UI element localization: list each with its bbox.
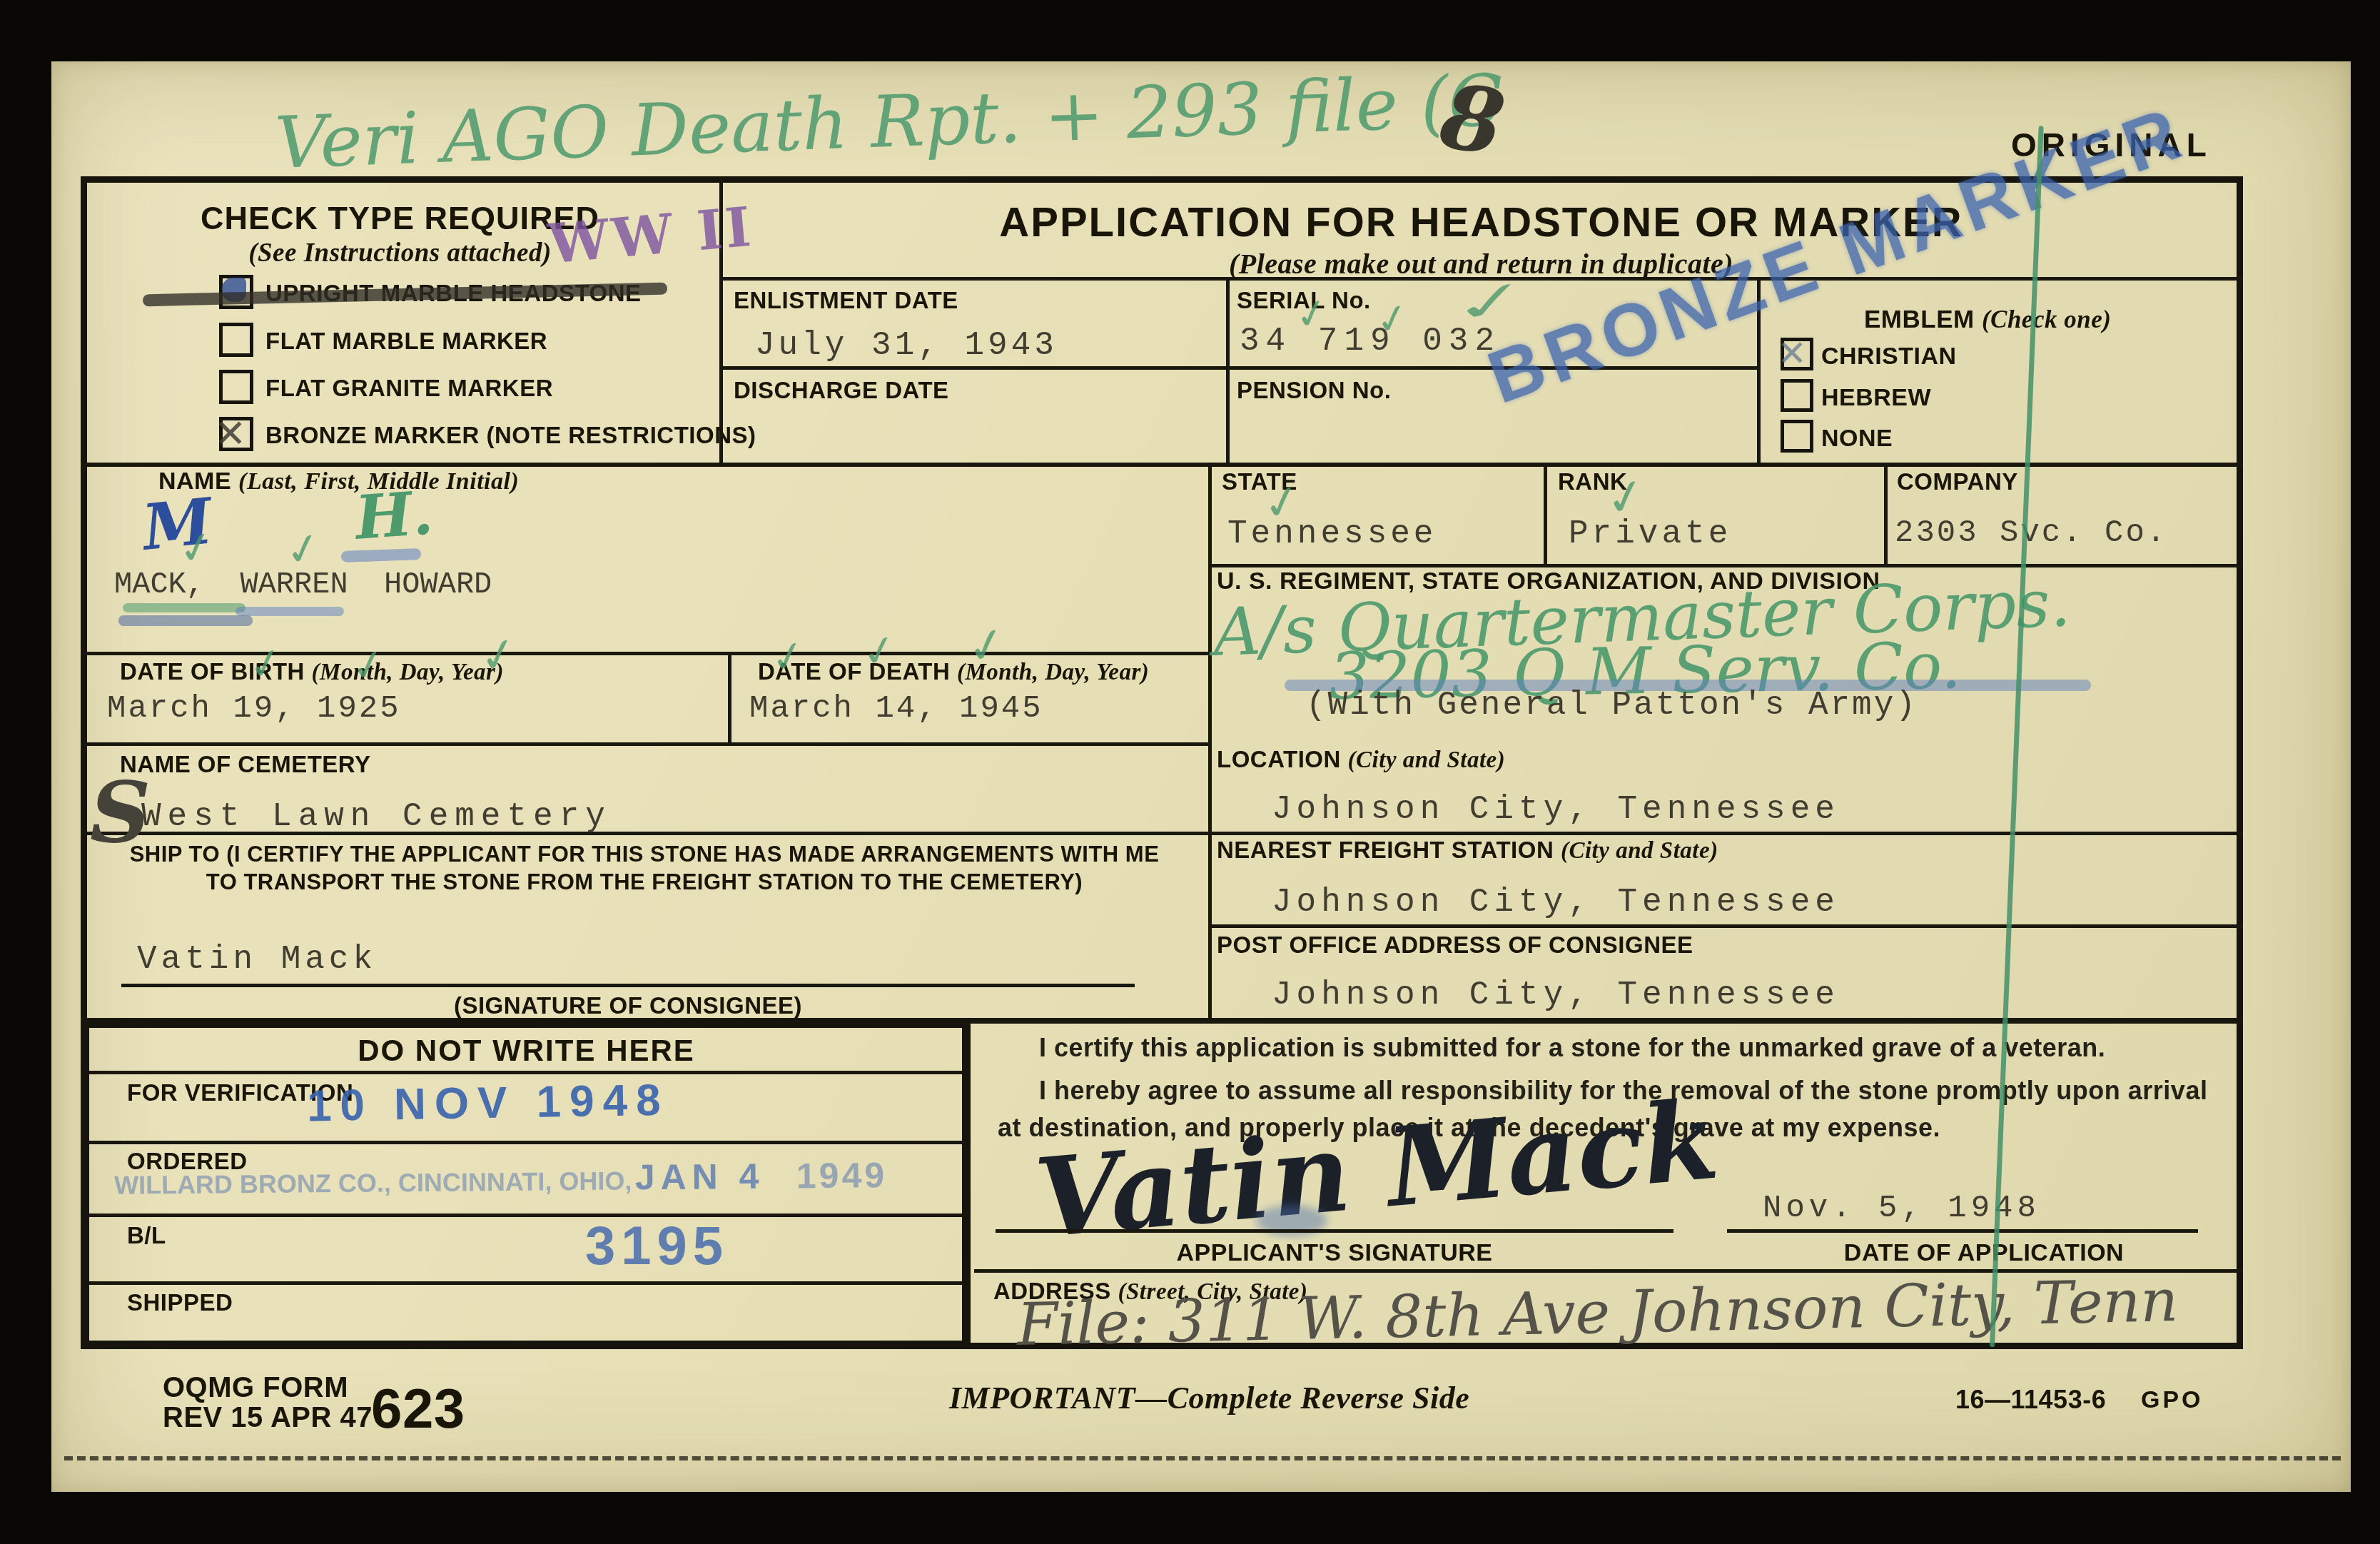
freight-label-text: NEAREST FREIGHT STATION xyxy=(1217,837,1554,863)
bl-label: B/L xyxy=(127,1222,166,1249)
cemetery-value: West Lawn Cemetery xyxy=(141,798,612,835)
divider xyxy=(89,1281,962,1285)
location-label-text: LOCATION xyxy=(1217,746,1341,772)
option-hebrew: HEBREW xyxy=(1821,384,1931,412)
checkbox-flat-granite xyxy=(219,370,253,404)
form-subtitle: (Please make out and return in duplicate… xyxy=(719,247,2243,281)
death-date-value: March 14, 1945 xyxy=(749,691,1043,727)
divider xyxy=(81,463,2243,467)
birth-label-paren: (Month, Day, Year) xyxy=(312,660,504,685)
divider xyxy=(1544,463,1547,564)
checkbox-flat-marble xyxy=(219,323,253,357)
pension-no-label: PENSION No. xyxy=(1237,377,1391,404)
company-value: 2303 Svc. Co. xyxy=(1895,515,2167,551)
freight-station-label: NEAREST FREIGHT STATION (City and State) xyxy=(1217,837,1718,864)
office-box-title: DO NOT WRITE HERE xyxy=(89,1034,963,1068)
company-label: COMPANY xyxy=(1897,468,2018,495)
cemetery-label: NAME OF CEMETERY xyxy=(120,751,370,778)
divider xyxy=(89,1141,962,1144)
important-note: IMPORTANT—Complete Reverse Side xyxy=(949,1380,1469,1416)
birth-date-label: DATE OF BIRTH (Month, Day, Year) xyxy=(120,658,504,686)
divider xyxy=(1884,463,1888,564)
freight-station-value: Johnson City, Tennessee xyxy=(1272,884,1840,921)
divider xyxy=(89,1071,962,1074)
date-line xyxy=(1727,1229,2198,1233)
date-caption: DATE OF APPLICATION xyxy=(1770,1239,2198,1267)
location-label-paren: (City and State) xyxy=(1348,747,1506,773)
option-flat-granite: FLAT GRANITE MARKER xyxy=(265,375,553,402)
bl-number-stamp: 3195 xyxy=(585,1215,729,1277)
form-number: 623 xyxy=(371,1376,465,1441)
state-value: Tennessee xyxy=(1227,515,1437,552)
form-id-line2: REV 15 APR 47 xyxy=(163,1402,373,1434)
emblem-label-paren: (Check one) xyxy=(1982,306,2111,333)
option-bronze-marker: BRONZE MARKER (NOTE RESTRICTIONS) xyxy=(265,422,756,449)
death-date-label: DATE OF DEATH (Month, Day, Year) xyxy=(758,658,1149,686)
ordered-stamp-year: 1949 xyxy=(796,1155,888,1196)
checkbox-hebrew xyxy=(1781,379,1813,412)
location-label: LOCATION (City and State) xyxy=(1217,746,1505,774)
enlistment-date-value: July 31, 1943 xyxy=(755,327,1058,364)
verification-date-stamp: 10 NOV 1948 xyxy=(306,1075,669,1132)
blue-underline xyxy=(236,607,344,616)
form-id-line1: OQMG FORM xyxy=(163,1372,348,1404)
post-office-value: Johnson City, Tennessee xyxy=(1272,977,1840,1014)
ship-to-label: SHIP TO (I CERTIFY THE APPLICANT FOR THI… xyxy=(120,841,1169,897)
regiment-typed-note: (With General Patton's Army) xyxy=(1306,687,1918,724)
enlistment-date-label: ENLISTMENT DATE xyxy=(734,287,958,314)
ordered-stamp: WILLARD BRONZ CO., CINCINNATI, OHIO, JAN… xyxy=(114,1154,888,1202)
divider xyxy=(728,652,731,742)
divider xyxy=(1208,463,1212,1018)
option-none: NONE xyxy=(1821,425,1893,453)
gpo-label: GPO xyxy=(2141,1386,2204,1414)
blue-underline xyxy=(118,615,253,626)
bronze-x-mark xyxy=(214,411,246,456)
freight-label-paren: (City and State) xyxy=(1561,838,1718,864)
print-code: 16—11453-6 xyxy=(1955,1385,2106,1415)
green-underline xyxy=(123,603,245,612)
signature-line xyxy=(996,1229,1673,1233)
signature-line xyxy=(121,984,1135,987)
handwritten-h: H. xyxy=(353,477,435,552)
option-flat-marble: FLAT MARBLE MARKER xyxy=(265,328,547,355)
emblem-label-text: EMBLEM xyxy=(1864,306,1975,333)
perforation-line xyxy=(64,1456,2341,1460)
ordered-stamp-date: JAN 4 xyxy=(634,1156,764,1198)
post-office-label: POST OFFICE ADDRESS OF CONSIGNEE xyxy=(1217,932,1693,959)
checkbox-none xyxy=(1781,420,1813,453)
emblem-label: EMBLEM (Check one) xyxy=(1864,306,2111,334)
birth-date-value: March 19, 1925 xyxy=(107,691,401,727)
divider xyxy=(1226,277,1230,463)
shipped-label: SHIPPED xyxy=(127,1289,233,1316)
option-christian: CHRISTIAN xyxy=(1821,343,1957,370)
ship-to-caption: (SIGNATURE OF CONSIGNEE) xyxy=(121,992,1135,1019)
divider xyxy=(81,742,1208,746)
ship-to-value: Vatin Mack xyxy=(137,941,377,978)
certification-para-1: I certify this application is submitted … xyxy=(998,1029,2214,1066)
divider xyxy=(89,1213,962,1217)
name-label: NAME (Last, First, Middle Initial) xyxy=(158,468,519,495)
ordered-stamp-company: WILLARD BRONZ CO., CINCINNATI, OHIO, xyxy=(114,1166,632,1199)
divider xyxy=(1208,924,2243,928)
christian-x-mark xyxy=(1777,333,1807,374)
signature-caption: APPLICANT'S SIGNATURE xyxy=(1113,1239,1556,1267)
location-value: Johnson City, Tennessee xyxy=(1272,791,1840,828)
discharge-date-label: DISCHARGE DATE xyxy=(734,377,949,404)
